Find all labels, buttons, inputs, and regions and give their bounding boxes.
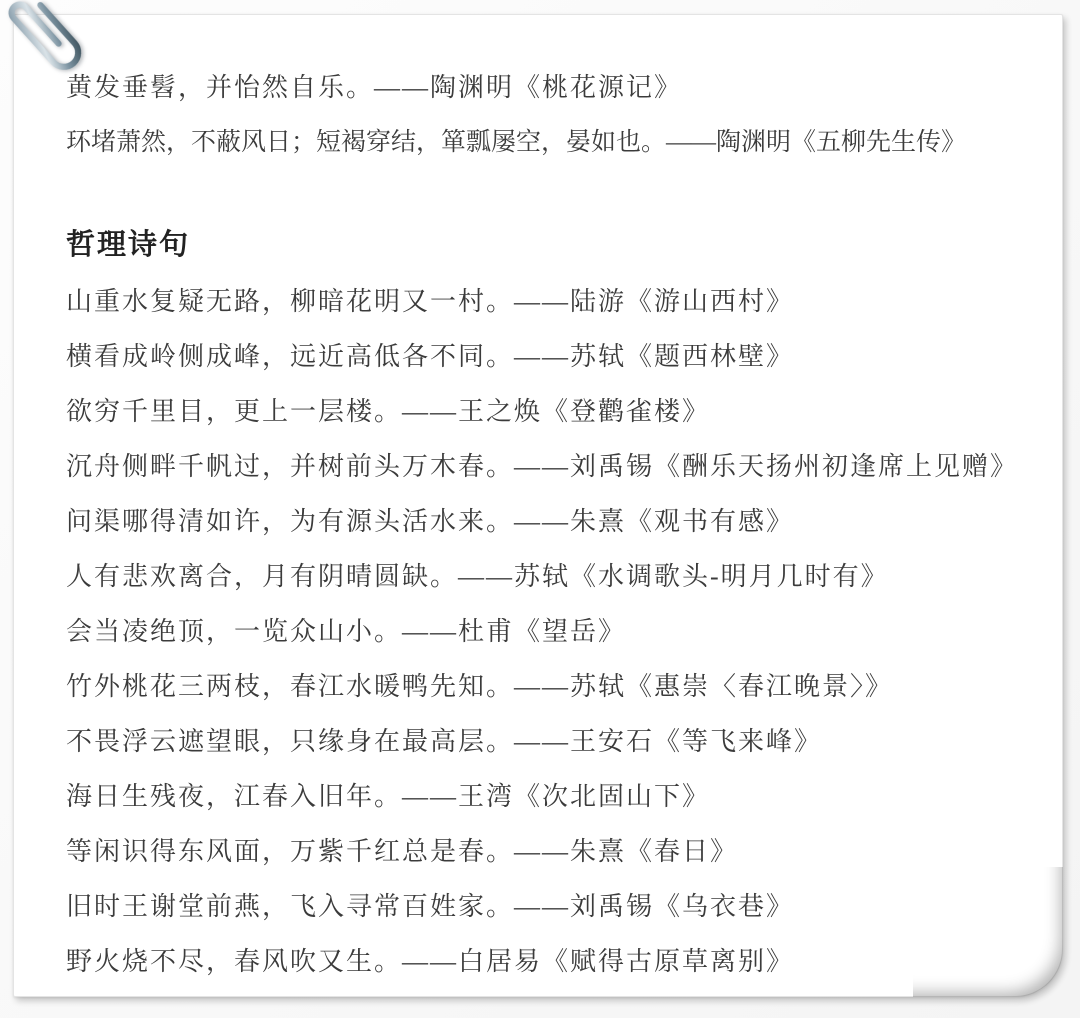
- quote-line: 问渠哪得清如许，为有源头活水来。——朱熹《观书有感》: [66, 494, 1024, 549]
- quote-line: 等闲识得东风面，万紫千红总是春。——朱熹《春日》: [66, 824, 1024, 879]
- quote-line: 不畏浮云遮望眼，只缘身在最高层。——王安石《等飞来峰》: [66, 714, 1024, 769]
- quote-line: 欲穷千里目，更上一层楼。——王之焕《登鹳雀楼》: [66, 384, 1024, 439]
- quote-line: 旧时王谢堂前燕，飞入寻常百姓家。——刘禹锡《乌衣巷》: [66, 879, 1024, 934]
- page-background: 黄发垂髫，并怡然自乐。——陶渊明《桃花源记》 环堵萧然，不蔽风日；短褐穿结，箪瓢…: [0, 0, 1080, 1018]
- quote-line: 人有悲欢离合，月有阴晴圆缺。——苏轼《水调歌头-明月几时有》: [66, 549, 1024, 604]
- quote-line: 环堵萧然，不蔽风日；短褐穿结，箪瓢屡空，晏如也。——陶渊明《五柳先生传》: [66, 115, 1024, 170]
- quote-line: 海日生残夜，江春入旧年。——王湾《次北固山下》: [66, 769, 1024, 824]
- quote-line: 沉舟侧畔千帆过，并树前头万木春。——刘禹锡《酬乐天扬州初逢席上见赠》: [66, 439, 1024, 494]
- page-content: 黄发垂髫，并怡然自乐。——陶渊明《桃花源记》 环堵萧然，不蔽风日；短褐穿结，箪瓢…: [66, 60, 1024, 989]
- quote-line: 黄发垂髫，并怡然自乐。——陶渊明《桃花源记》: [66, 60, 1024, 115]
- quote-line: 竹外桃花三两枝，春江水暖鸭先知。——苏轼《惠崇〈春江晚景〉》: [66, 659, 1024, 714]
- quote-line: 野火烧不尽，春风吹又生。——白居易《赋得古原草离别》: [66, 934, 1024, 989]
- document-page: 黄发垂髫，并怡然自乐。——陶渊明《桃花源记》 环堵萧然，不蔽风日；短褐穿结，箪瓢…: [13, 14, 1063, 997]
- section-heading: 哲理诗句: [66, 216, 1024, 274]
- quote-line: 横看成岭侧成峰，远近高低各不同。——苏轼《题西林壁》: [66, 329, 1024, 384]
- quote-line: 会当凌绝顶，一览众山小。——杜甫《望岳》: [66, 604, 1024, 659]
- quote-line: 山重水复疑无路，柳暗花明又一村。——陆游《游山西村》: [66, 274, 1024, 329]
